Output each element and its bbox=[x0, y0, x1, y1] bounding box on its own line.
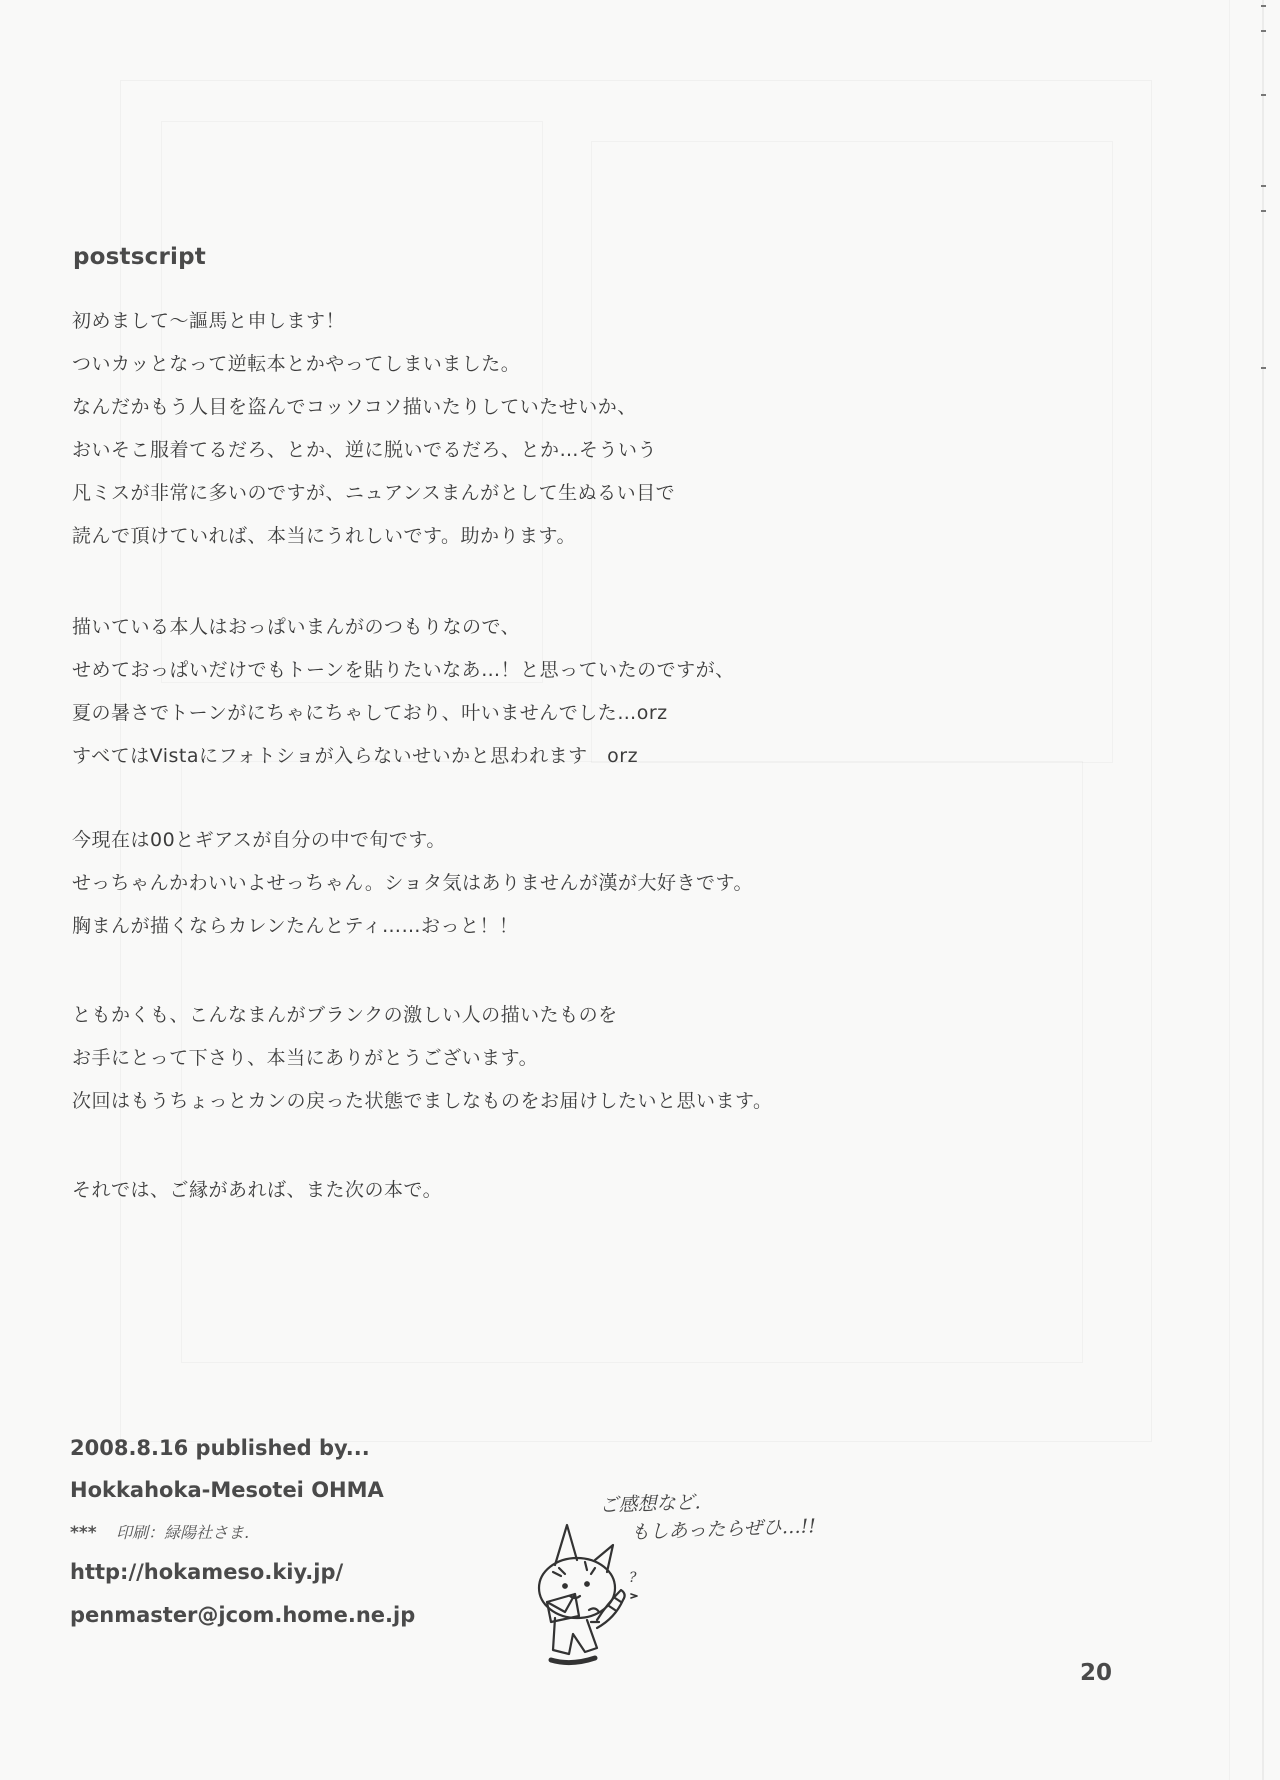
body-line: せめておっぱいだけでもトーンを貼りたいなあ…！と思っていたのですが、 bbox=[72, 655, 735, 682]
edge-mark bbox=[1261, 94, 1266, 96]
edge-mark bbox=[1261, 5, 1266, 7]
circle-name: Hokkahoka-Mesotei OHMA bbox=[70, 1478, 384, 1502]
page-edge bbox=[1262, 0, 1264, 1780]
body-line: なんだかもう人目を盗んでコッソコソ描いたりしていたせいか、 bbox=[72, 392, 637, 419]
printer-stars: *** bbox=[70, 1523, 97, 1543]
body-line: ついカッとなって逆転本とかやってしまいました。 bbox=[72, 349, 520, 376]
cat-mascot-icon: ? bbox=[525, 1510, 665, 1670]
body-line: せっちゃんかわいいよせっちゃん。ショタ気はありませんが漢が大好きです。 bbox=[72, 868, 753, 895]
body-line: 初めまして～謳馬と申します！ bbox=[72, 306, 345, 333]
body-line: 胸まんが描くならカレンたんとティ……おっと！！ bbox=[72, 911, 519, 938]
edge-mark bbox=[1261, 210, 1266, 212]
page-number: 20 bbox=[1080, 1660, 1112, 1686]
publish-date: 2008.8.16 published by... bbox=[70, 1436, 370, 1460]
page-gutter-line bbox=[1229, 0, 1230, 1780]
svg-text:?: ? bbox=[629, 1570, 637, 1586]
edge-mark bbox=[1261, 185, 1266, 187]
body-line: ともかくも、こんなまんがブランクの激しい人の描いたものを bbox=[72, 1000, 618, 1027]
body-line: お手にとって下さり、本当にありがとうございます。 bbox=[72, 1043, 538, 1070]
printer-note: 印刷：緑陽社さま. bbox=[116, 1523, 249, 1542]
body-line: 夏の暑さでトーンがにちゃにちゃしており、叶いませんでした…orz bbox=[72, 698, 668, 725]
body-line: 凡ミスが非常に多いのですが、ニュアンスまんがとして生ぬるい目で bbox=[72, 478, 675, 505]
body-line: 次回はもうちょっとカンの戻った状態でましなものをお届けしたいと思います。 bbox=[72, 1086, 772, 1113]
body-line: おいそこ服着てるだろ、とか、逆に脱いでるだろ、とか…そういう bbox=[72, 435, 657, 462]
body-line: 読んで頂けていれば、本当にうれしいです。助かります。 bbox=[72, 521, 576, 548]
printer-credit: *** 印刷：緑陽社さま. bbox=[70, 1520, 249, 1543]
body-line: 描いている本人はおっぱいまんがのつもりなので、 bbox=[72, 612, 520, 639]
body-line: すべてはVistaにフォトショが入らないせいかと思われます orz bbox=[72, 741, 638, 768]
edge-mark bbox=[1261, 30, 1266, 32]
body-line: それでは、ご縁があれば、また次の本で。 bbox=[72, 1175, 442, 1202]
contact-email[interactable]: penmaster@jcom.home.ne.jp bbox=[70, 1603, 415, 1627]
edge-mark bbox=[1261, 367, 1266, 369]
website-url[interactable]: http://hokameso.kiy.jp/ bbox=[70, 1560, 343, 1584]
body-line: 今現在は00とギアスが自分の中で旬です。 bbox=[72, 825, 446, 852]
postscript-heading: postscript bbox=[73, 244, 206, 270]
